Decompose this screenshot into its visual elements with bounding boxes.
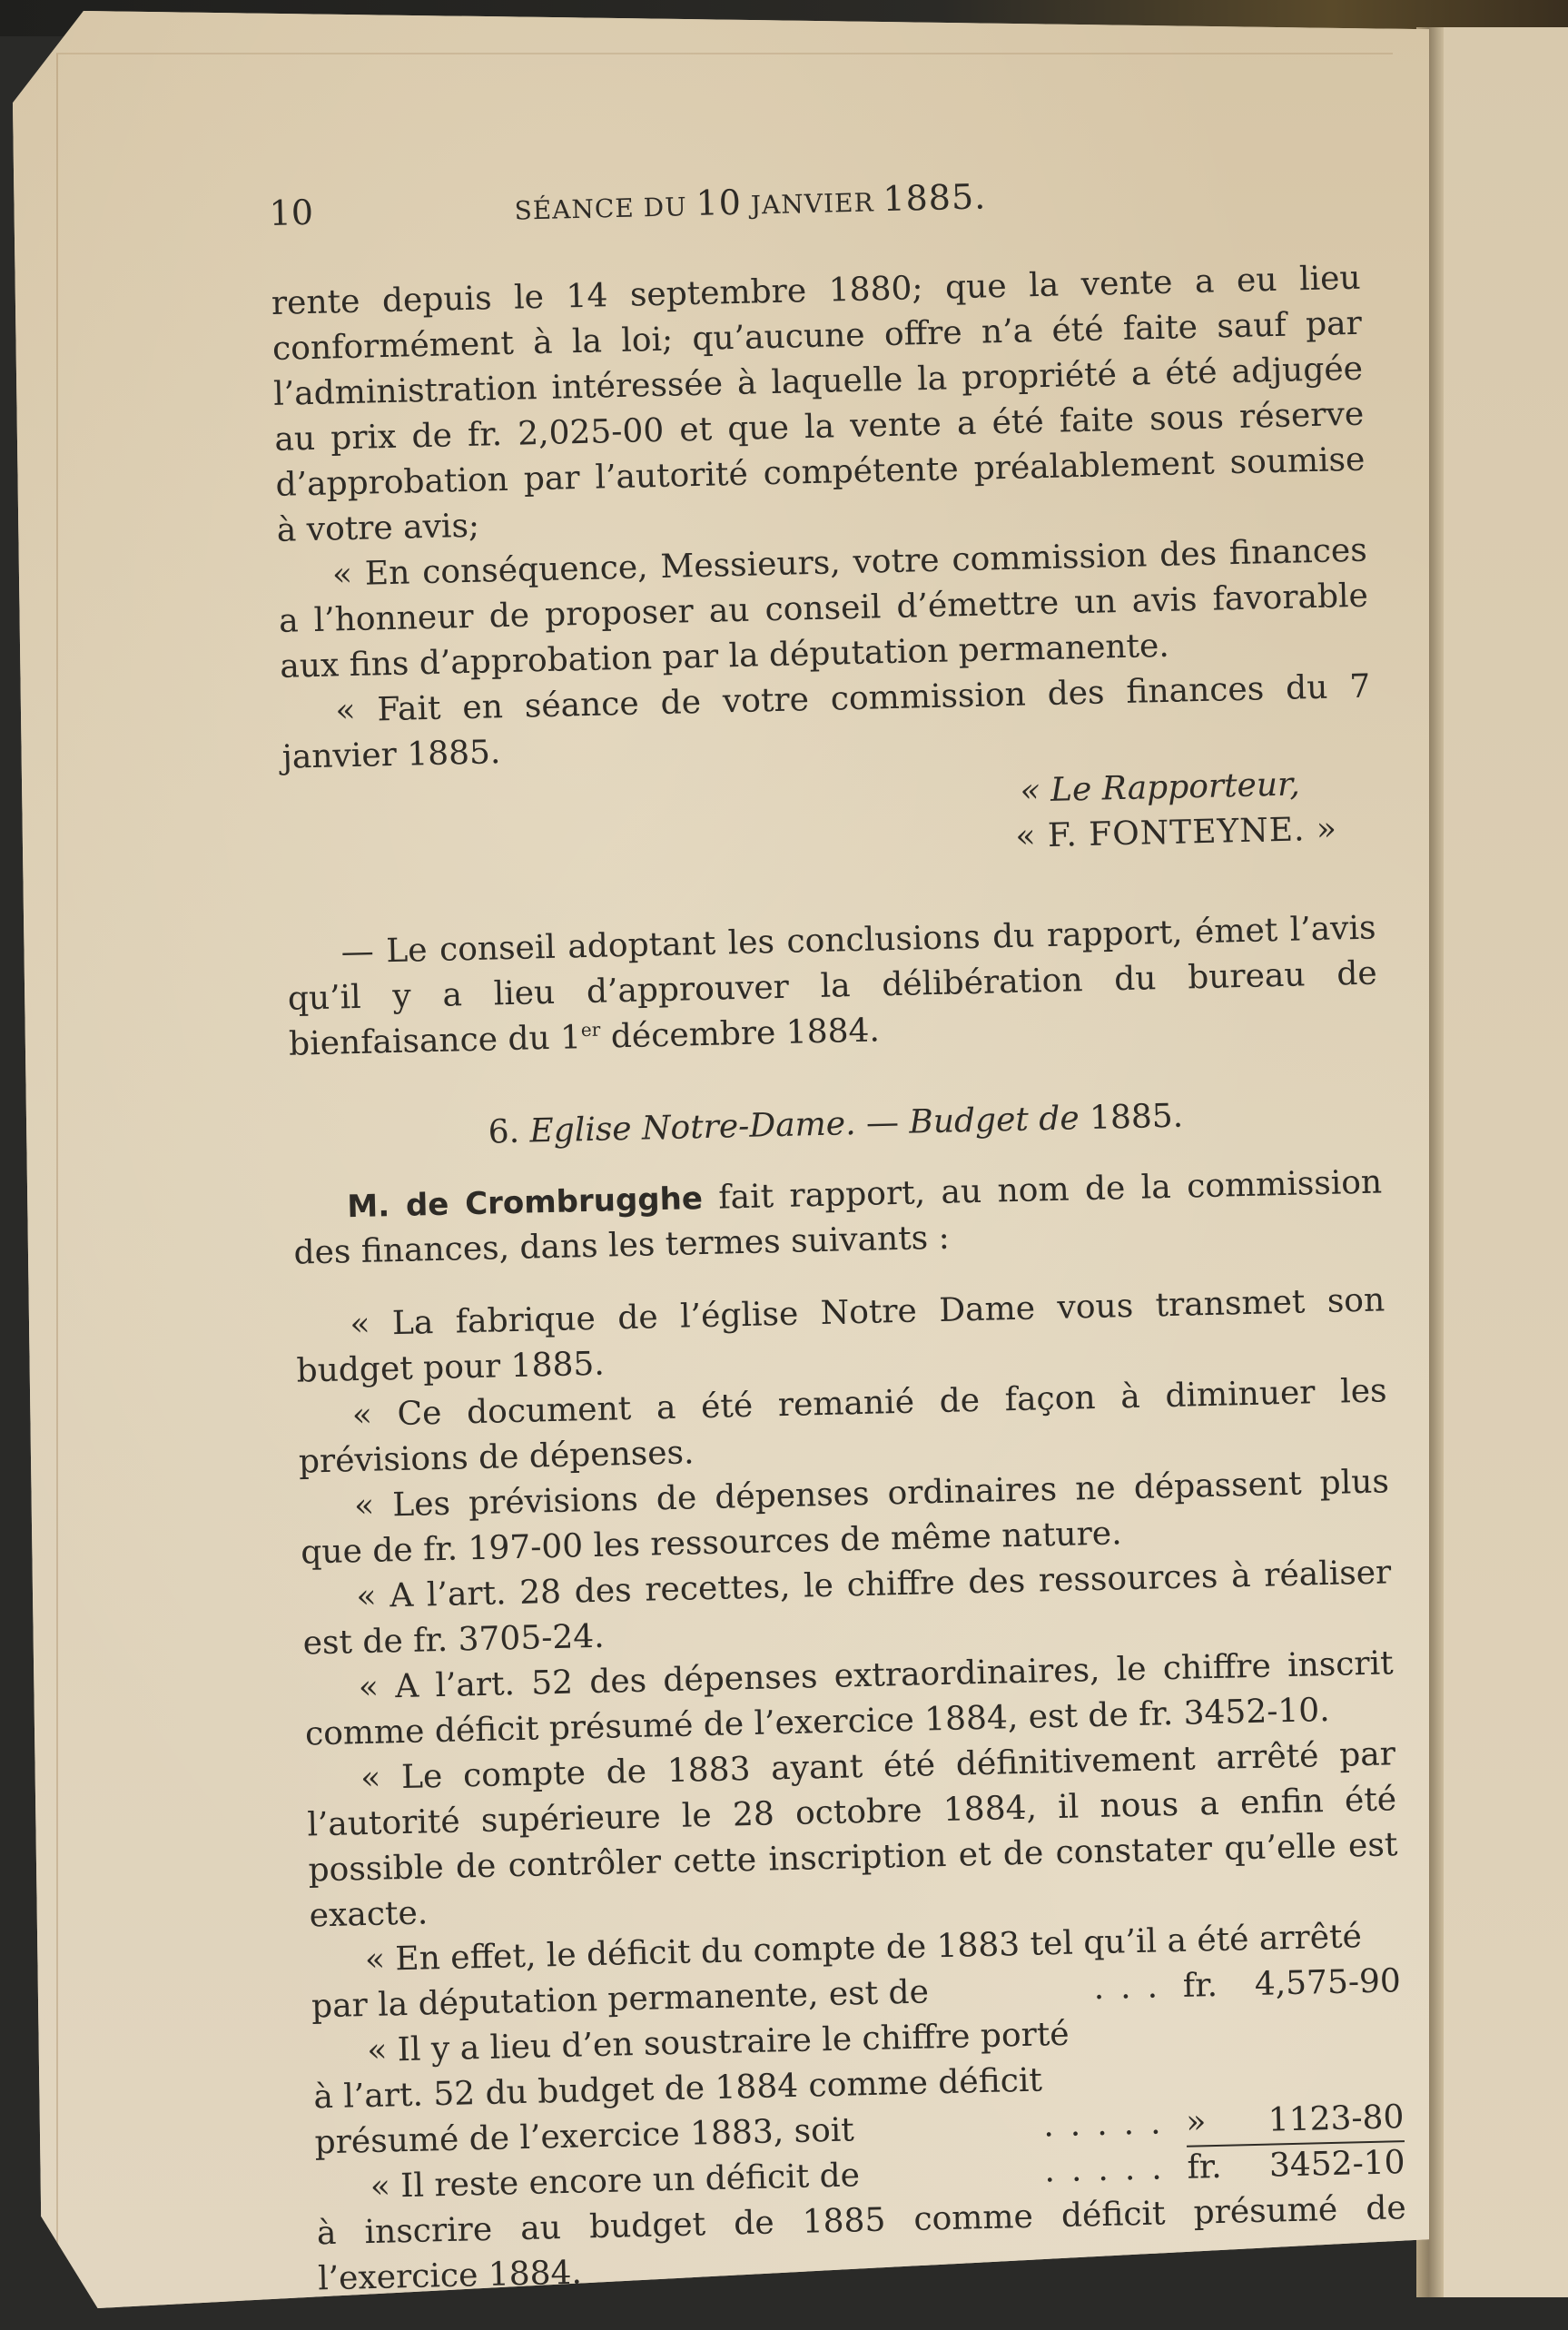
page-text: 10 SÉANCE DU 10 JANVIER 1885. rente depu…	[269, 165, 1407, 2303]
section-heading: 6. Eglise Notre-Dame. — Budget de 1885.	[291, 1089, 1381, 1160]
page-number: 10	[269, 185, 515, 236]
amount: 3452-10	[1241, 2140, 1405, 2189]
amount: 4,575-90	[1237, 1959, 1401, 2008]
running-title: SÉANCE DU 10 JANVIER 1885.	[514, 173, 987, 233]
deficit-calculation: « En effet, le déficit du compte de 1883…	[310, 1913, 1407, 2302]
amount: 1123-80	[1240, 2095, 1405, 2144]
signature-block: « Le Rapporteur, « F. FONTEYNE. »	[282, 761, 1374, 877]
report-quote: « La fabrique de l’église Notre Dame vou…	[295, 1278, 1408, 2302]
paragraph-conclusion: « En conséquence, Messieurs, votre commi…	[277, 528, 1369, 690]
speaker-name: M. de Crombrugghe	[347, 1180, 703, 1225]
facing-page-edge	[1439, 27, 1568, 2297]
speaker-intro: M. de Crombrugghe fait rapport, au nom d…	[292, 1160, 1384, 1276]
paragraph-continuation: rente depuis le 14 septembre 1880; que l…	[271, 256, 1366, 554]
council-decision: — Le conseil adoptant les conclusions du…	[286, 906, 1378, 1068]
quote-paragraph: « Le compte de 1883 ayant été définitive…	[306, 1732, 1399, 1939]
